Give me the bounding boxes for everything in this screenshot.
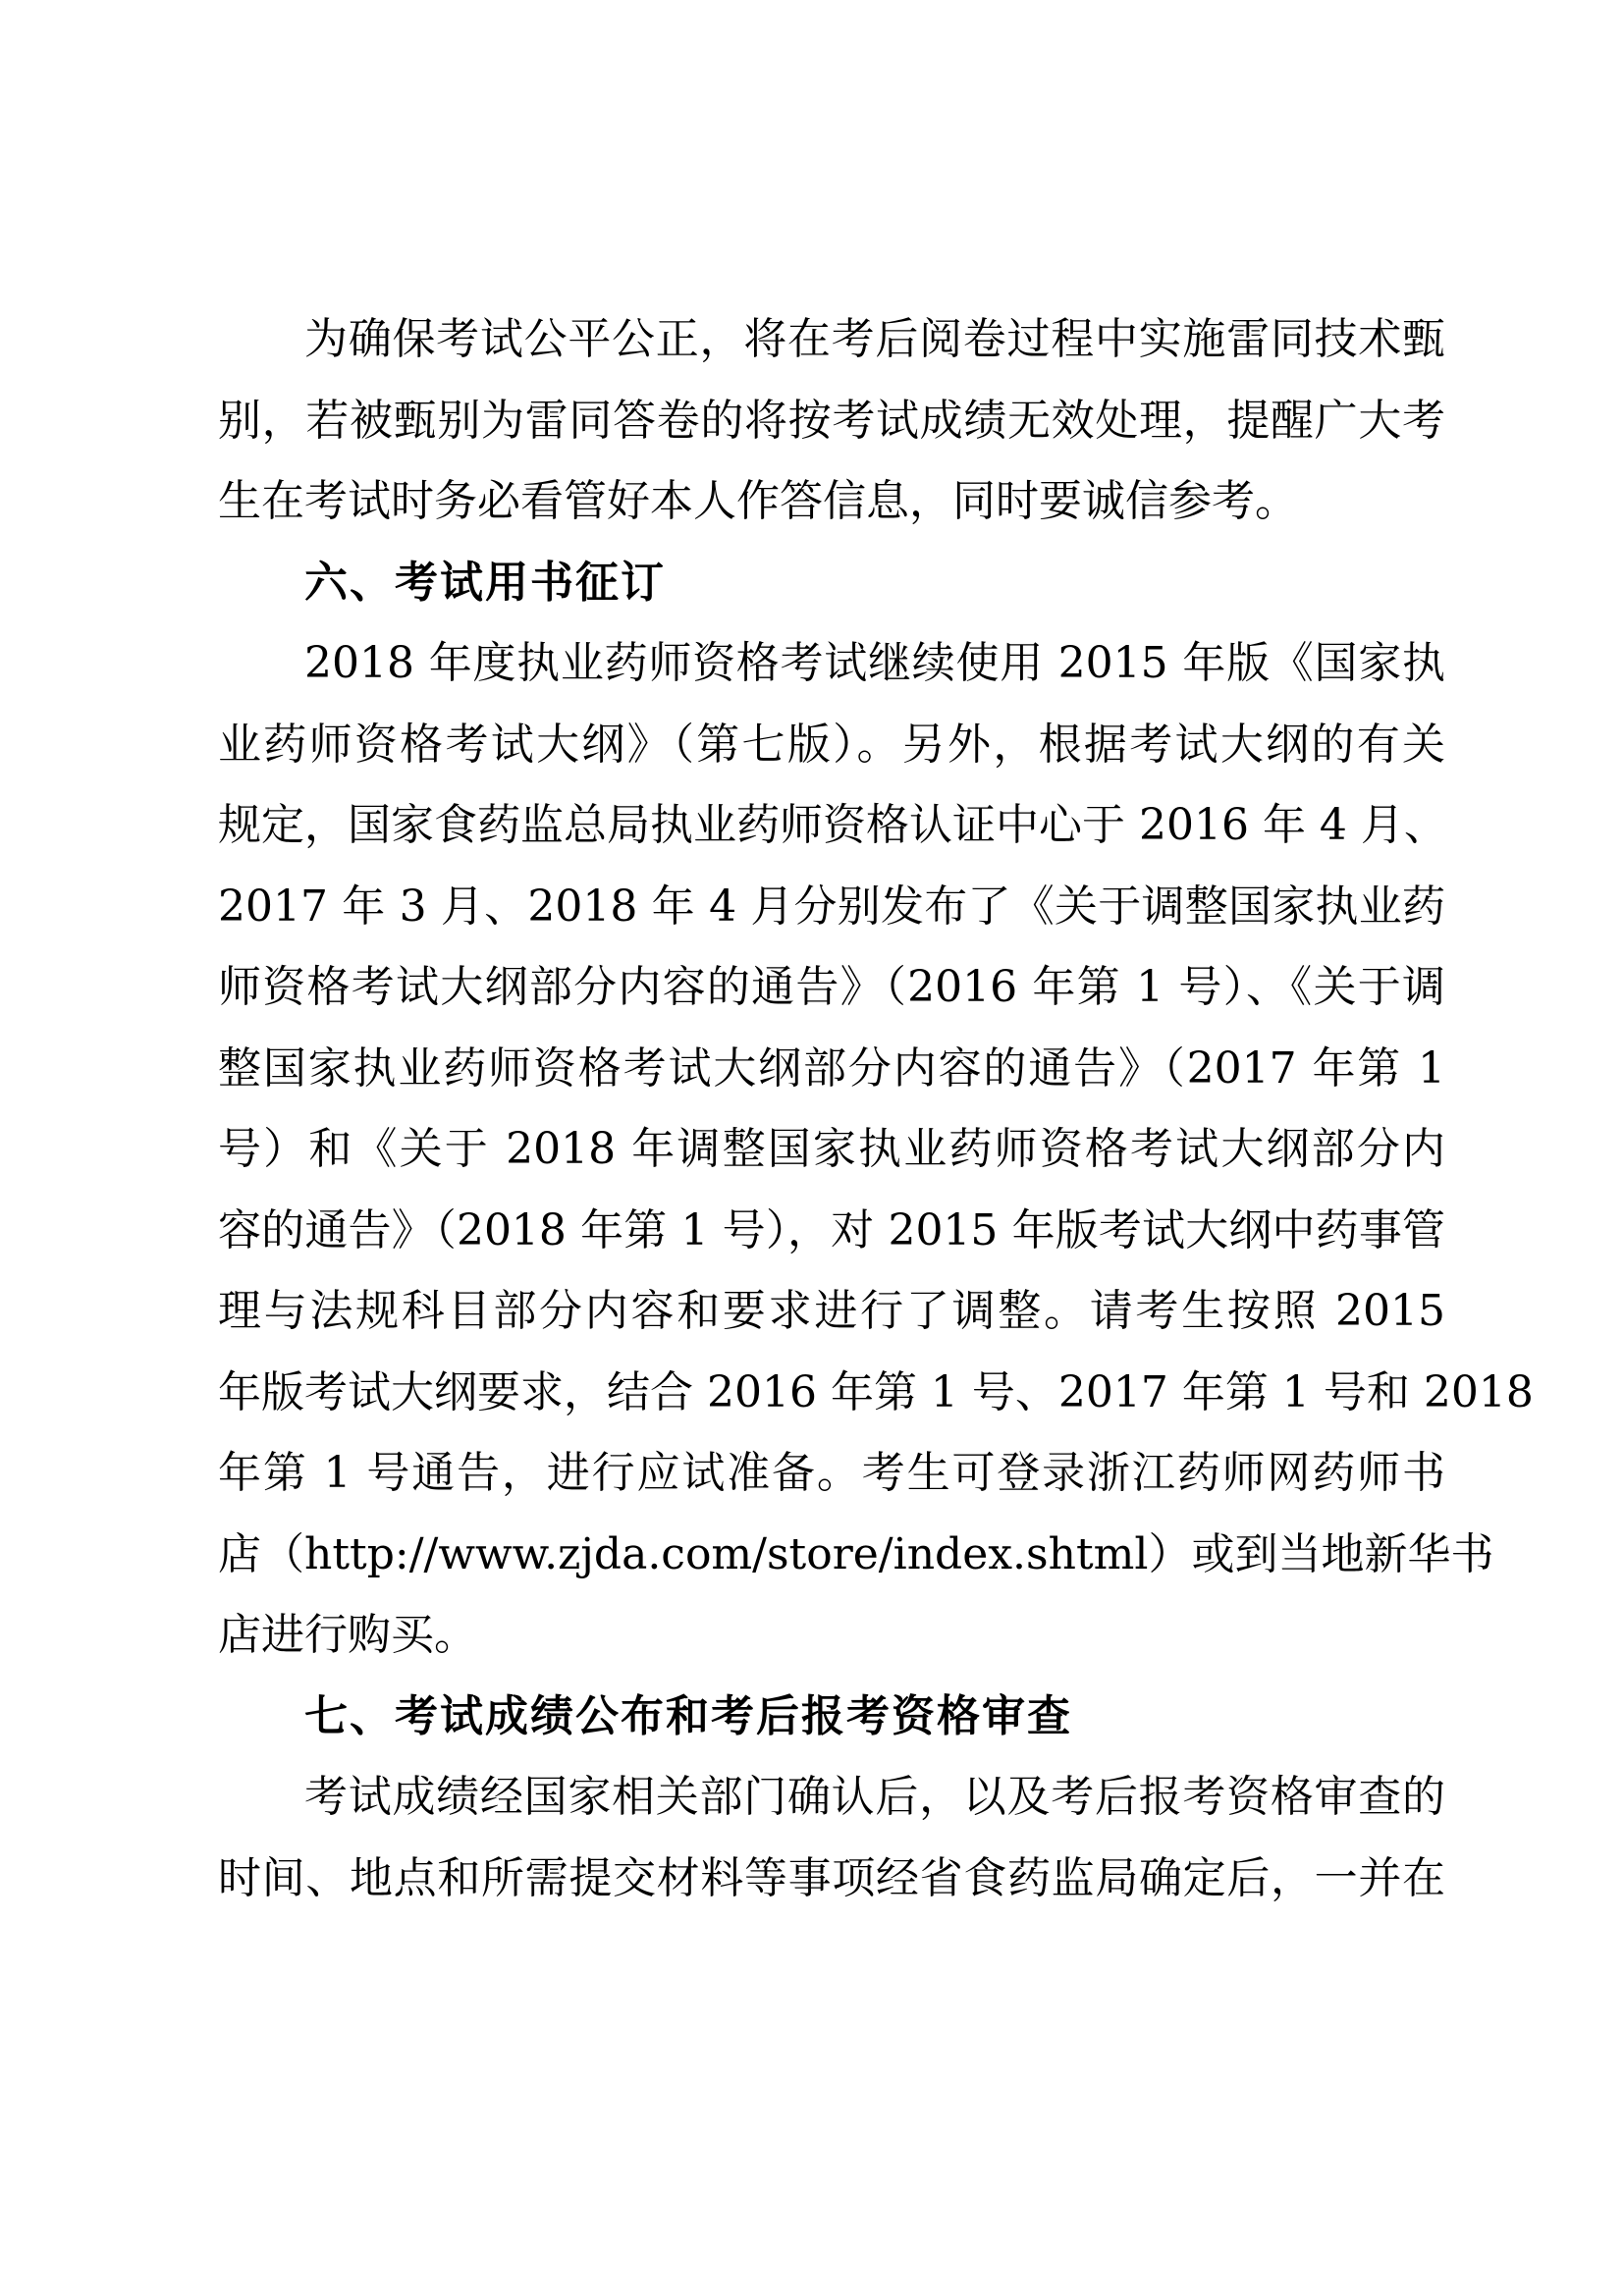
text-line: 号）和《关于 2018 年调整国家执业药师资格考试大纲部分内 xyxy=(218,1109,1445,1191)
text-line: 年第 1 号通告，进行应试准备。考生可登录浙江药师网药师书 xyxy=(218,1433,1445,1515)
text-line: 容的通告》（2018 年第 1 号），对 2015 年版考试大纲中药事管 xyxy=(218,1191,1445,1272)
section-heading-score-release: 七、考试成绩公布和考后报考资格审查 xyxy=(218,1677,1445,1758)
text-line: 规定，国家食药监总局执业药师资格认证中心于 2016 年 4 月、 xyxy=(218,785,1445,867)
section-heading-exam-books: 六、考试用书征订 xyxy=(218,543,1445,624)
text-line: 业药师资格考试大纲》（第七版）。另外，根据考试大纲的有关 xyxy=(218,705,1445,786)
text-line-with-store-url: 店（http://www.zjda.com/store/index.shtml）… xyxy=(218,1515,1445,1596)
paragraph-plagiarism-notice: 为确保考试公平公正，将在考后阅卷过程中实施雷同技术甄 别，若被甄别为雷同答卷的将… xyxy=(218,299,1445,543)
text-line: 整国家执业药师资格考试大纲部分内容的通告》（2017 年第 1 xyxy=(218,1029,1445,1110)
document-page: 为确保考试公平公正，将在考后阅卷过程中实施雷同技术甄 别，若被甄别为雷同答卷的将… xyxy=(218,299,1445,1919)
text-line: 为确保考试公平公正，将在考后阅卷过程中实施雷同技术甄 xyxy=(218,299,1445,381)
paragraph-exam-books: 2018 年度执业药师资格考试继续使用 2015 年版《国家执 业药师资格考试大… xyxy=(218,623,1445,1677)
text-line: 2018 年度执业药师资格考试继续使用 2015 年版《国家执 xyxy=(218,623,1445,705)
text-line: 年版考试大纲要求，结合 2016 年第 1 号、2017 年第 1 号和 201… xyxy=(218,1353,1445,1434)
text-line: 生在考试时务必看管好本人作答信息，同时要诚信参考。 xyxy=(218,461,1445,543)
text-line: 店进行购买。 xyxy=(218,1595,1445,1677)
text-line: 别，若被甄别为雷同答卷的将按考试成绩无效处理，提醒广大考 xyxy=(218,381,1445,462)
text-line: 师资格考试大纲部分内容的通告》（2016 年第 1 号）、《关于调 xyxy=(218,947,1445,1029)
text-line: 考试成绩经国家相关部门确认后，以及考后报考资格审查的 xyxy=(218,1757,1445,1839)
paragraph-score-release: 考试成绩经国家相关部门确认后，以及考后报考资格审查的 时间、地点和所需提交材料等… xyxy=(218,1757,1445,1919)
text-line: 理与法规科目部分内容和要求进行了调整。请考生按照 2015 xyxy=(218,1271,1445,1353)
text-line: 2017 年 3 月、2018 年 4 月分别发布了《关于调整国家执业药 xyxy=(218,867,1445,948)
text-line: 时间、地点和所需提交材料等事项经省食药监局确定后，一并在 xyxy=(218,1839,1445,1920)
